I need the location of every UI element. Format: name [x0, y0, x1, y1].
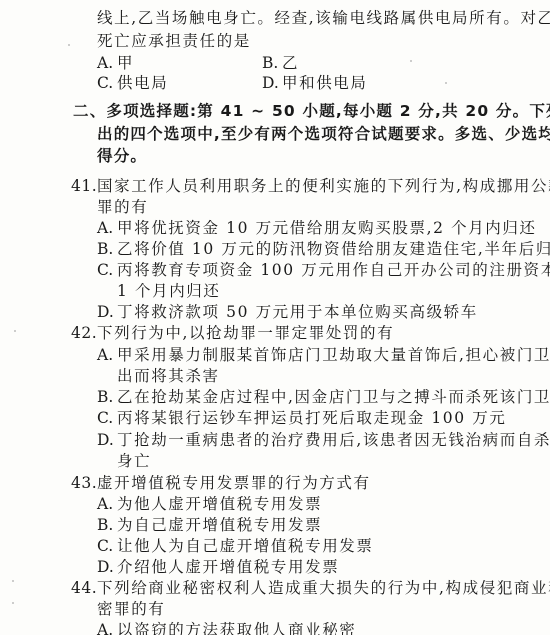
option-letter: A. — [97, 620, 117, 635]
scan-speck — [68, 44, 70, 46]
exam-page: 线上,乙当场触电身亡。经查,该输电线路属供电局所有。对乙的 死亡应承担责任的是 … — [0, 0, 550, 635]
option-text: 介绍他人虚开增值税专用发票 — [117, 558, 339, 576]
scan-speck — [12, 580, 14, 582]
option-text: 甲采用暴力制服某首饰店门卫劫取大量首饰后,担心被门卫认 — [117, 346, 550, 364]
option-letter: D. — [97, 302, 117, 322]
option-text: 甲 — [117, 54, 134, 72]
q41-stem-line-1: 国家工作人员利用职务上的便利实施的下列行为,构成挪用公款 — [97, 176, 550, 196]
section-heading-line-3: 得分。 — [97, 146, 147, 166]
q41-stem-line-2: 罪的有 — [97, 197, 148, 217]
q44-stem-line-2: 密罪的有 — [97, 599, 165, 619]
q41-option-d: D.丁将救济款项 50 万元用于本单位购买高级轿车 — [97, 302, 478, 322]
question-number-42: 42. — [71, 323, 97, 343]
q42-stem-line-1: 下列行为中,以抢劫罪一罪定罪处罚的有 — [97, 323, 394, 343]
q41-option-c-line-2: 1 个月内归还 — [117, 281, 221, 301]
q42-option-d-line-2: 身亡 — [117, 451, 151, 471]
q42-option-d: D.丁抢劫一重病患者的治疗费用后,该患者因无钱治病而自杀 — [97, 430, 550, 450]
option-letter: C. — [97, 73, 117, 93]
section-heading-line-2: 出的四个选项中,至少有两个选项符合试题要求。多选、少选均不 — [97, 124, 550, 144]
q44-stem-line-1: 下列给商业秘密权利人造成重大损失的行为中,构成侵犯商业秘 — [97, 578, 550, 598]
option-letter: D. — [97, 557, 117, 577]
scan-speck — [12, 602, 14, 604]
option-text: 供电局 — [117, 74, 168, 92]
section-heading-line-1: 二、多项选择题:第 41 ~ 50 小题,每小题 2 分,共 20 分。下列每题… — [73, 101, 550, 121]
option-text: 丁抢劫一重病患者的治疗费用后,该患者因无钱治病而自杀 — [117, 431, 550, 449]
option-letter: C. — [97, 536, 117, 556]
q43-stem-line-1: 虚开增值税专用发票罪的行为方式有 — [97, 473, 371, 493]
q44-option-a: A.以盗窃的方法获取他人商业秘密 — [97, 620, 356, 635]
option-letter: D. — [97, 430, 117, 450]
q41-option-b: B.乙将价值 10 万元的防汛物资借给朋友建造住宅,半年后归还 — [97, 239, 550, 259]
option-text: 为自己虚开增值税专用发票 — [117, 516, 322, 534]
q43-option-a: A.为他人虚开增值税专用发票 — [97, 494, 322, 514]
question-number-41: 41. — [71, 176, 97, 196]
option-text: 丙将某银行运钞车押运员打死后取走现金 100 万元 — [117, 409, 506, 427]
scan-speck — [445, 82, 447, 84]
option-letter: A. — [97, 494, 117, 514]
scan-speck — [14, 330, 16, 332]
option-letter: A. — [97, 218, 117, 238]
q43-option-d: D.介绍他人虚开增值税专用发票 — [97, 557, 339, 577]
option-text: 甲将优抚资金 10 万元借给朋友购买股票,2 个月内归还 — [117, 219, 537, 237]
q40-stem-line-1: 线上,乙当场触电身亡。经查,该输电线路属供电局所有。对乙的 — [97, 8, 550, 28]
option-letter: B. — [97, 239, 117, 259]
option-letter: D. — [262, 73, 282, 93]
q42-option-a-line-2: 出而将其杀害 — [117, 366, 220, 386]
option-text: 为他人虚开增值税专用发票 — [117, 495, 322, 513]
q40-option-a: A.甲 — [97, 53, 134, 73]
q43-option-b: B.为自己虚开增值税专用发票 — [97, 515, 322, 535]
q40-stem-line-2: 死亡应承担责任的是 — [97, 31, 251, 51]
q43-option-c: C.让他人为自己虚开增值税专用发票 — [97, 536, 374, 556]
q40-option-d: D.甲和供电局 — [262, 73, 368, 93]
option-letter: B. — [262, 53, 282, 73]
q42-option-b: B.乙在抢劫某金店过程中,因金店门卫与之搏斗而杀死该门卫 — [97, 387, 550, 407]
option-text: 乙将价值 10 万元的防汛物资借给朋友建造住宅,半年后归还 — [117, 240, 550, 258]
option-text: 乙在抢劫某金店过程中,因金店门卫与之搏斗而杀死该门卫 — [117, 388, 550, 406]
option-text: 以盗窃的方法获取他人商业秘密 — [117, 621, 356, 635]
option-text: 丙将教育专项资金 100 万元用作自己开办公司的注册资本金, — [117, 261, 550, 279]
option-letter: B. — [97, 515, 117, 535]
option-letter: A. — [97, 345, 117, 365]
q40-option-b: B.乙 — [262, 53, 299, 73]
option-letter: C. — [97, 408, 117, 428]
q42-option-a: A.甲采用暴力制服某首饰店门卫劫取大量首饰后,担心被门卫认 — [97, 345, 550, 365]
option-text: 让他人为自己虚开增值税专用发票 — [117, 537, 374, 555]
option-letter: C. — [97, 260, 117, 280]
option-text: 乙 — [282, 54, 299, 72]
question-number-44: 44. — [71, 578, 97, 598]
q41-option-a: A.甲将优抚资金 10 万元借给朋友购买股票,2 个月内归还 — [97, 218, 537, 238]
question-number-43: 43. — [71, 473, 97, 493]
option-text: 甲和供电局 — [282, 74, 368, 92]
q40-option-c: C.供电局 — [97, 73, 168, 93]
scan-speck — [410, 60, 412, 62]
option-text: 丁将救济款项 50 万元用于本单位购买高级轿车 — [117, 303, 478, 321]
option-letter: B. — [97, 387, 117, 407]
q42-option-c: C.丙将某银行运钞车押运员打死后取走现金 100 万元 — [97, 408, 506, 428]
q41-option-c: C.丙将教育专项资金 100 万元用作自己开办公司的注册资本金, — [97, 260, 550, 280]
option-letter: A. — [97, 53, 117, 73]
